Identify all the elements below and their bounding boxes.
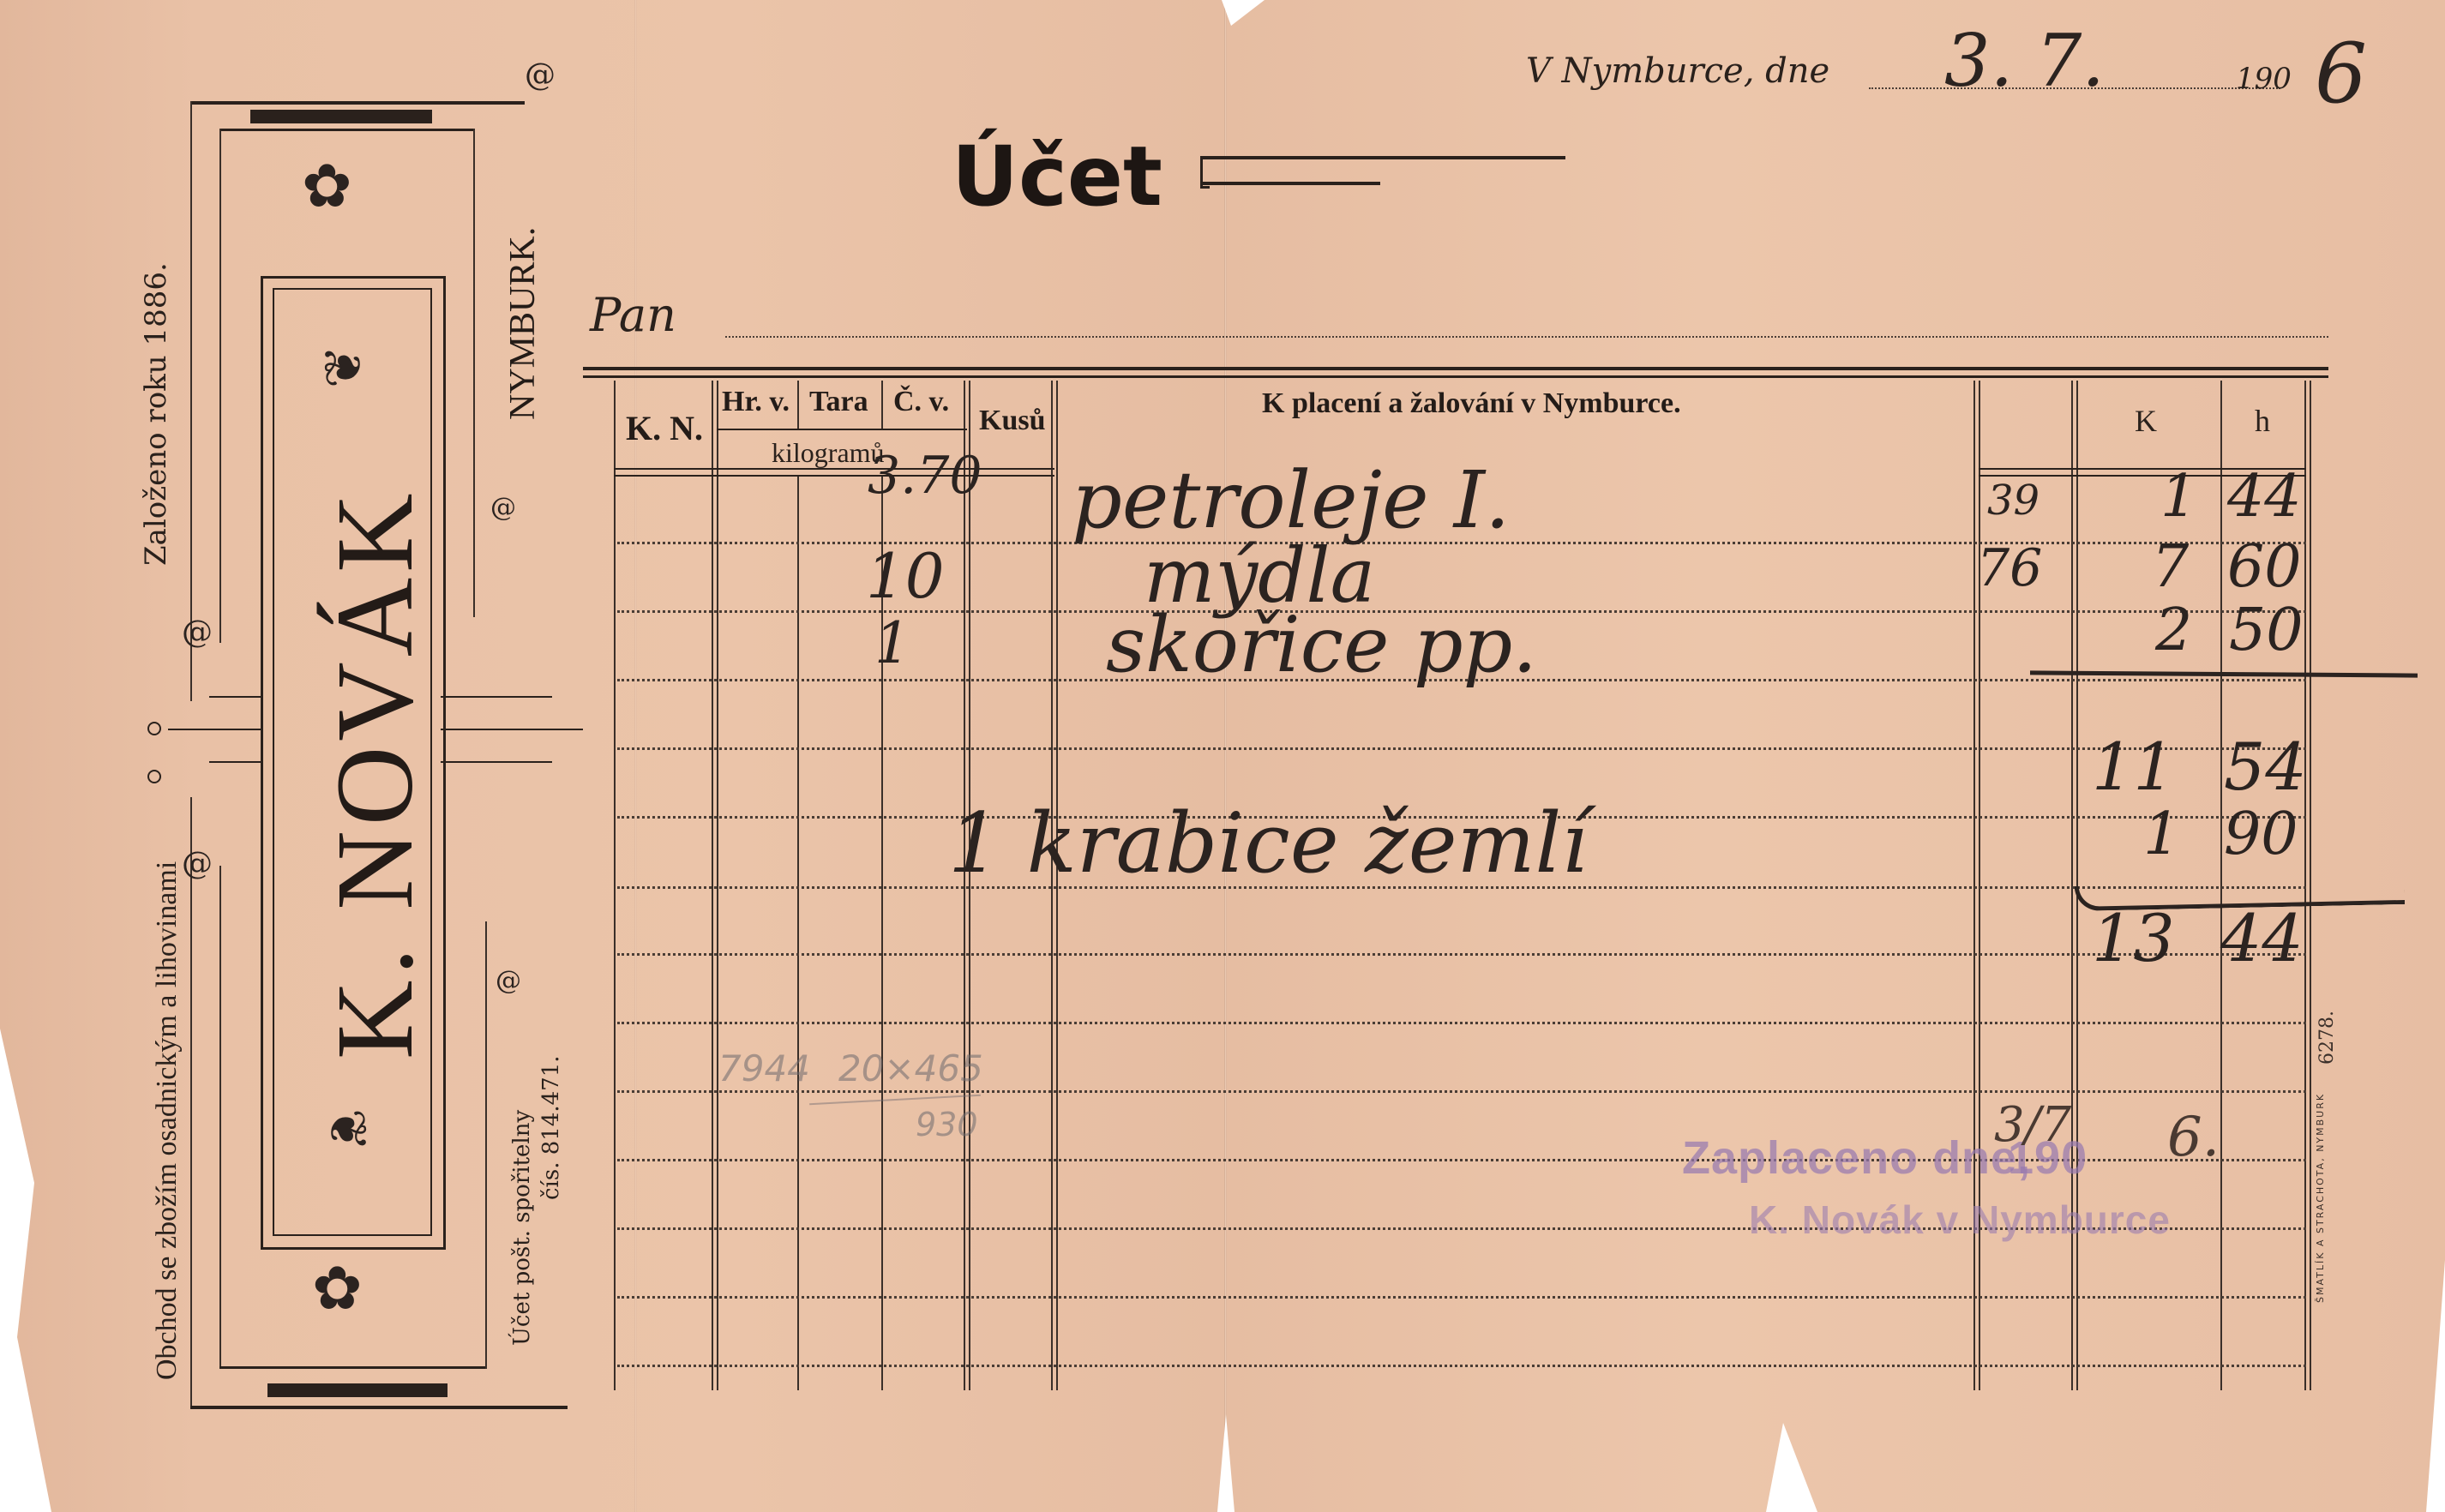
col-line xyxy=(614,381,616,1390)
rosette-ornament-icon: ✿ xyxy=(312,1258,363,1318)
table-top-rule xyxy=(583,375,2328,378)
frame-rule xyxy=(485,921,487,1369)
cross-rule xyxy=(441,729,583,730)
table-top-rule xyxy=(583,367,2328,370)
header-rule xyxy=(614,475,1054,477)
paper-fold xyxy=(1224,0,1227,1512)
col-line xyxy=(712,381,713,1390)
customer-field[interactable] xyxy=(725,336,2328,338)
frame-rule xyxy=(219,129,475,131)
cross-rule xyxy=(168,729,261,730)
header-hrv: Hr. v. xyxy=(722,386,790,418)
pencil-note: 7944 xyxy=(718,1047,810,1089)
cross-rule xyxy=(441,761,552,763)
year-suffix-handwritten: 6 xyxy=(2315,26,2367,122)
company-name: K. NOVÁK xyxy=(312,488,438,1059)
form-number: 6278. xyxy=(2316,1011,2338,1065)
row-koruny: 7 xyxy=(2152,533,2189,601)
extra-item-halere: 90 xyxy=(2224,801,2298,868)
header-rule xyxy=(717,429,967,430)
scroll-curl-icon: @ xyxy=(182,849,213,879)
customer-label: Pan xyxy=(590,288,676,342)
paper-fold xyxy=(634,0,637,1512)
year-prefix: 190 xyxy=(2236,62,2292,96)
row-unit: 76 xyxy=(1977,538,2042,598)
row-rule xyxy=(617,1022,2306,1024)
row-rule xyxy=(617,1090,2306,1093)
paid-stamp-label: Zaplaceno dne, xyxy=(1682,1131,2031,1185)
row-rule xyxy=(617,1365,2306,1367)
scroll-curl-icon: @ xyxy=(490,495,516,521)
frame-rule xyxy=(190,101,525,105)
cross-rule xyxy=(209,761,261,763)
row-halere: 50 xyxy=(2229,597,2304,664)
fleuron-ornament-icon: ❦ xyxy=(321,1108,373,1151)
row-cv: 3.70 xyxy=(868,446,982,506)
frame-rule xyxy=(190,797,192,1406)
founded-text: Založeno roku 1886. xyxy=(139,262,173,566)
extra-item-koruny: 1 xyxy=(2143,801,2180,868)
title-rule xyxy=(1200,182,1380,185)
header-kn: K. N. xyxy=(626,408,703,448)
fleuron-ornament-icon: ❦ xyxy=(318,345,369,388)
header-description: K placení a žalování v Nymburce. xyxy=(1262,387,1681,420)
date-handwritten: 3. 7. xyxy=(1944,19,2105,103)
pencil-underline xyxy=(809,1095,981,1105)
subtotal-halere: 54 xyxy=(2224,729,2307,805)
row-koruny: 2 xyxy=(2155,597,2192,664)
scroll-curl-icon: @ xyxy=(496,969,521,994)
printer-imprint: ŠMATLÍK A STRACHOTA, NYMBURK xyxy=(2315,1093,2326,1303)
col-line xyxy=(881,381,883,429)
col-line xyxy=(717,381,718,1390)
cross-rule xyxy=(441,696,552,698)
frame-rule xyxy=(190,101,192,701)
paid-stamp-company: K. Novák v Nymburce xyxy=(1749,1197,2171,1243)
paid-year-handwritten: 6. xyxy=(2167,1106,2220,1169)
row-koruny: 1 xyxy=(2160,463,2197,531)
postal-account-label: Účet pošt. spořitelny xyxy=(509,1110,535,1346)
circle-ornament-icon xyxy=(147,722,161,735)
scroll-curl-icon: @ xyxy=(182,617,213,648)
paper-sheet: ✿ ✿ ❦ ❦ @ @ @ @ @ Založeno roku 1886. Ob… xyxy=(0,0,2445,1512)
col-line xyxy=(797,476,799,1390)
header-koruny: K xyxy=(2135,403,2157,439)
total-koruny: 13 xyxy=(2092,900,2175,976)
row-description: skořice pp. xyxy=(1106,600,1537,690)
col-line xyxy=(797,381,799,429)
frame-rule xyxy=(219,866,221,1366)
row-cv: 1 xyxy=(874,610,910,676)
header-cv: Č. v. xyxy=(893,386,949,418)
total-halere: 44 xyxy=(2220,900,2304,976)
place-date-label: V Nymburce, dne xyxy=(1526,51,1829,91)
row-halere: 60 xyxy=(2227,533,2302,601)
row-rule xyxy=(617,747,2306,750)
frame-rule xyxy=(219,129,221,643)
row-rule xyxy=(617,953,2306,956)
row-unit: 39 xyxy=(1987,477,2040,525)
frame-rule xyxy=(219,1366,485,1369)
header-halere: h xyxy=(2255,403,2270,439)
frame-rule xyxy=(473,129,475,617)
business-description: Obchod se zbožím osadnickým a lihovinami xyxy=(151,861,183,1380)
row-halere: 44 xyxy=(2227,463,2302,531)
scroll-curl-icon: @ xyxy=(525,60,556,91)
paid-date-handwritten: 3/7 xyxy=(1994,1097,2071,1153)
title-rule xyxy=(1200,156,1565,159)
extra-item-description: 1 krabice žemlí xyxy=(948,795,1588,891)
sum-underline xyxy=(2030,670,2418,677)
header-tara: Tara xyxy=(809,386,868,418)
frame-bar xyxy=(267,1383,448,1397)
document-title: Účet xyxy=(952,129,1162,225)
pencil-note: 20×465 xyxy=(838,1047,983,1089)
postal-account-number: čís. 814.471. xyxy=(538,1055,564,1200)
cross-rule xyxy=(209,696,261,698)
row-rule xyxy=(617,1296,2306,1299)
row-cv: 10 xyxy=(866,540,945,612)
subtotal-koruny: 11 xyxy=(2092,729,2175,805)
city-name: NYMBURK. xyxy=(502,227,544,420)
circle-ornament-icon xyxy=(147,770,161,783)
header-kusu: Kusů xyxy=(979,405,1046,437)
frame-bar xyxy=(250,110,432,123)
rosette-ornament-icon: ✿ xyxy=(302,156,352,216)
pencil-note: 930 xyxy=(916,1106,978,1143)
frame-rule xyxy=(190,1406,568,1409)
